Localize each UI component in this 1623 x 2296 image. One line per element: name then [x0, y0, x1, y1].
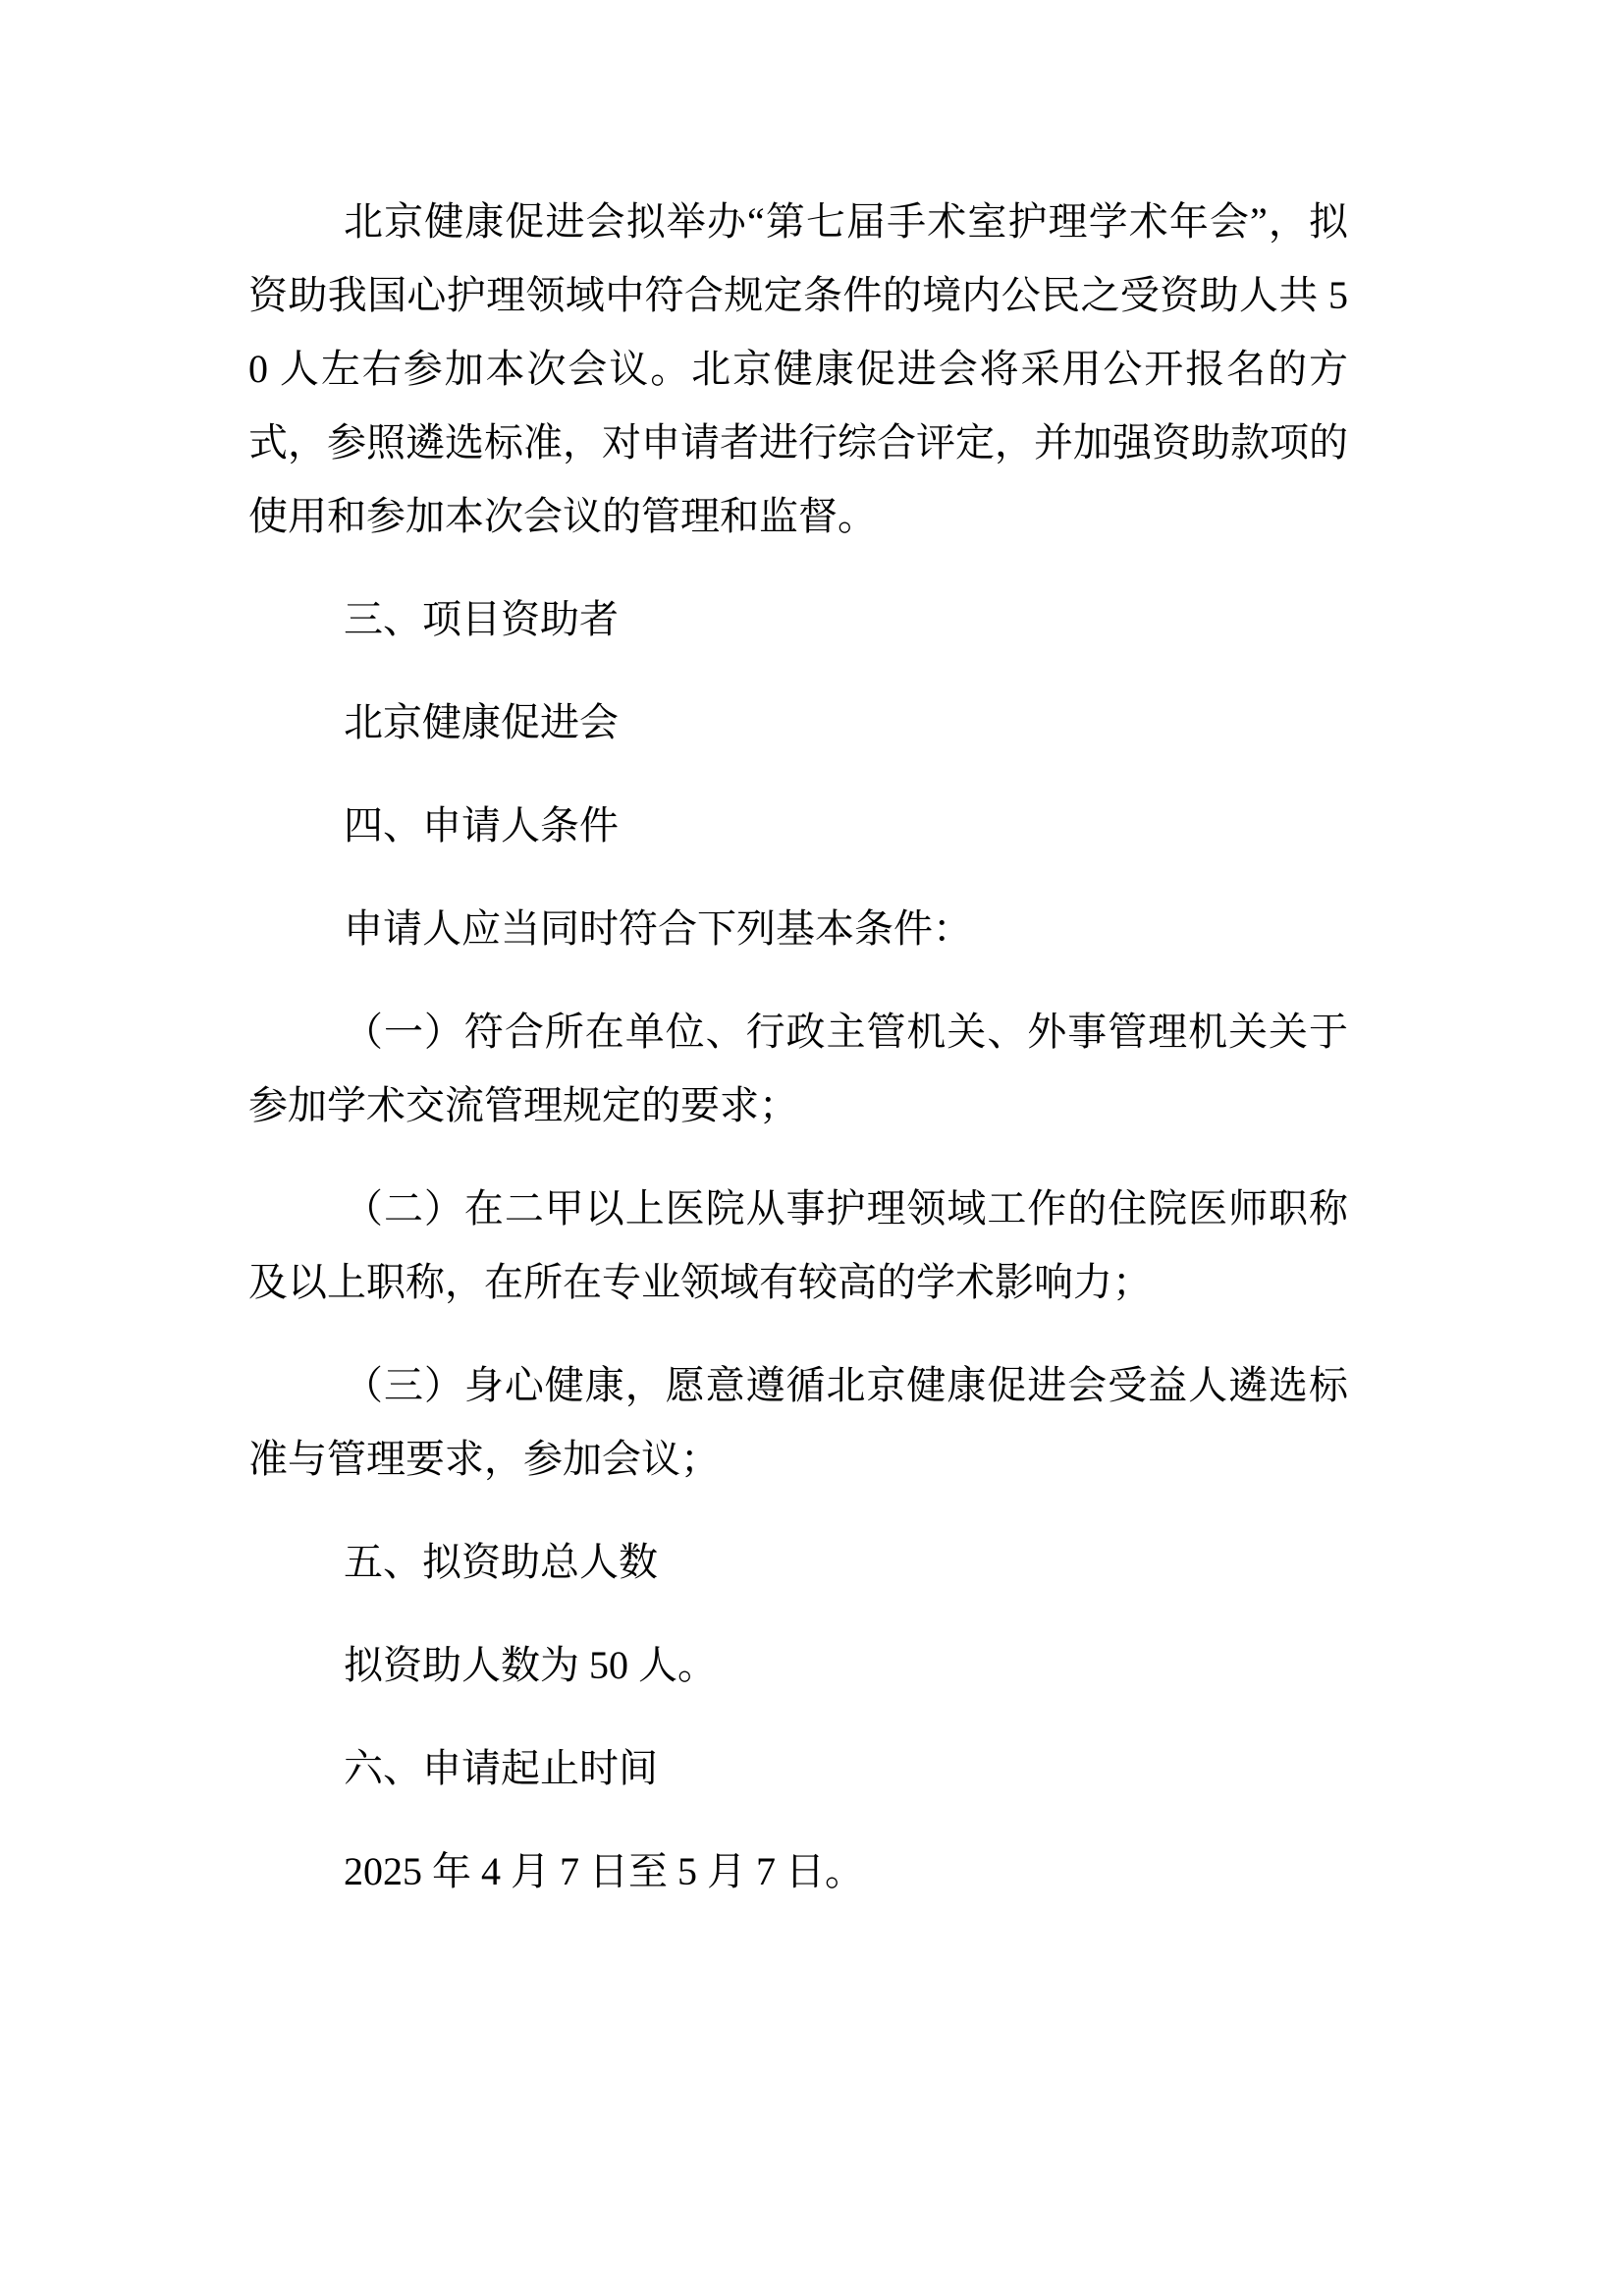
heading-section-three: 三、项目资助者 [248, 582, 1348, 656]
paragraph-funded-total: 拟资助人数为 50 人。 [248, 1628, 1348, 1702]
heading-section-four: 四、申请人条件 [248, 789, 1348, 862]
heading-section-six: 六、申请起止时间 [248, 1731, 1348, 1805]
paragraph-intro: 北京健康促进会拟举办“第七届手术室护理学术年会”，拟资助我国心护理领域中符合规定… [248, 185, 1348, 553]
paragraph-application-dates: 2025 年 4 月 7 日至 5 月 7 日。 [248, 1834, 1348, 1908]
paragraph-conditions-lead: 申请人应当同时符合下列基本条件： [248, 892, 1348, 965]
list-item-condition-three: （三）身心健康，愿意遵循北京健康促进会受益人遴选标准与管理要求，参加会议； [248, 1348, 1348, 1496]
heading-section-five: 五、拟资助总人数 [248, 1525, 1348, 1599]
list-item-condition-one: （一）符合所在单位、行政主管机关、外事管理机关关于参加学术交流管理规定的要求； [248, 995, 1348, 1142]
paragraph-sponsor-name: 北京健康促进会 [248, 685, 1348, 759]
list-item-condition-two: （二）在二甲以上医院从事护理领域工作的住院医师职称及以上职称，在所在专业领域有较… [248, 1172, 1348, 1319]
document-page: 北京健康促进会拟举办“第七届手术室护理学术年会”，拟资助我国心护理领域中符合规定… [0, 0, 1623, 2296]
document-content: 北京健康促进会拟举办“第七届手术室护理学术年会”，拟资助我国心护理领域中符合规定… [248, 185, 1348, 1938]
